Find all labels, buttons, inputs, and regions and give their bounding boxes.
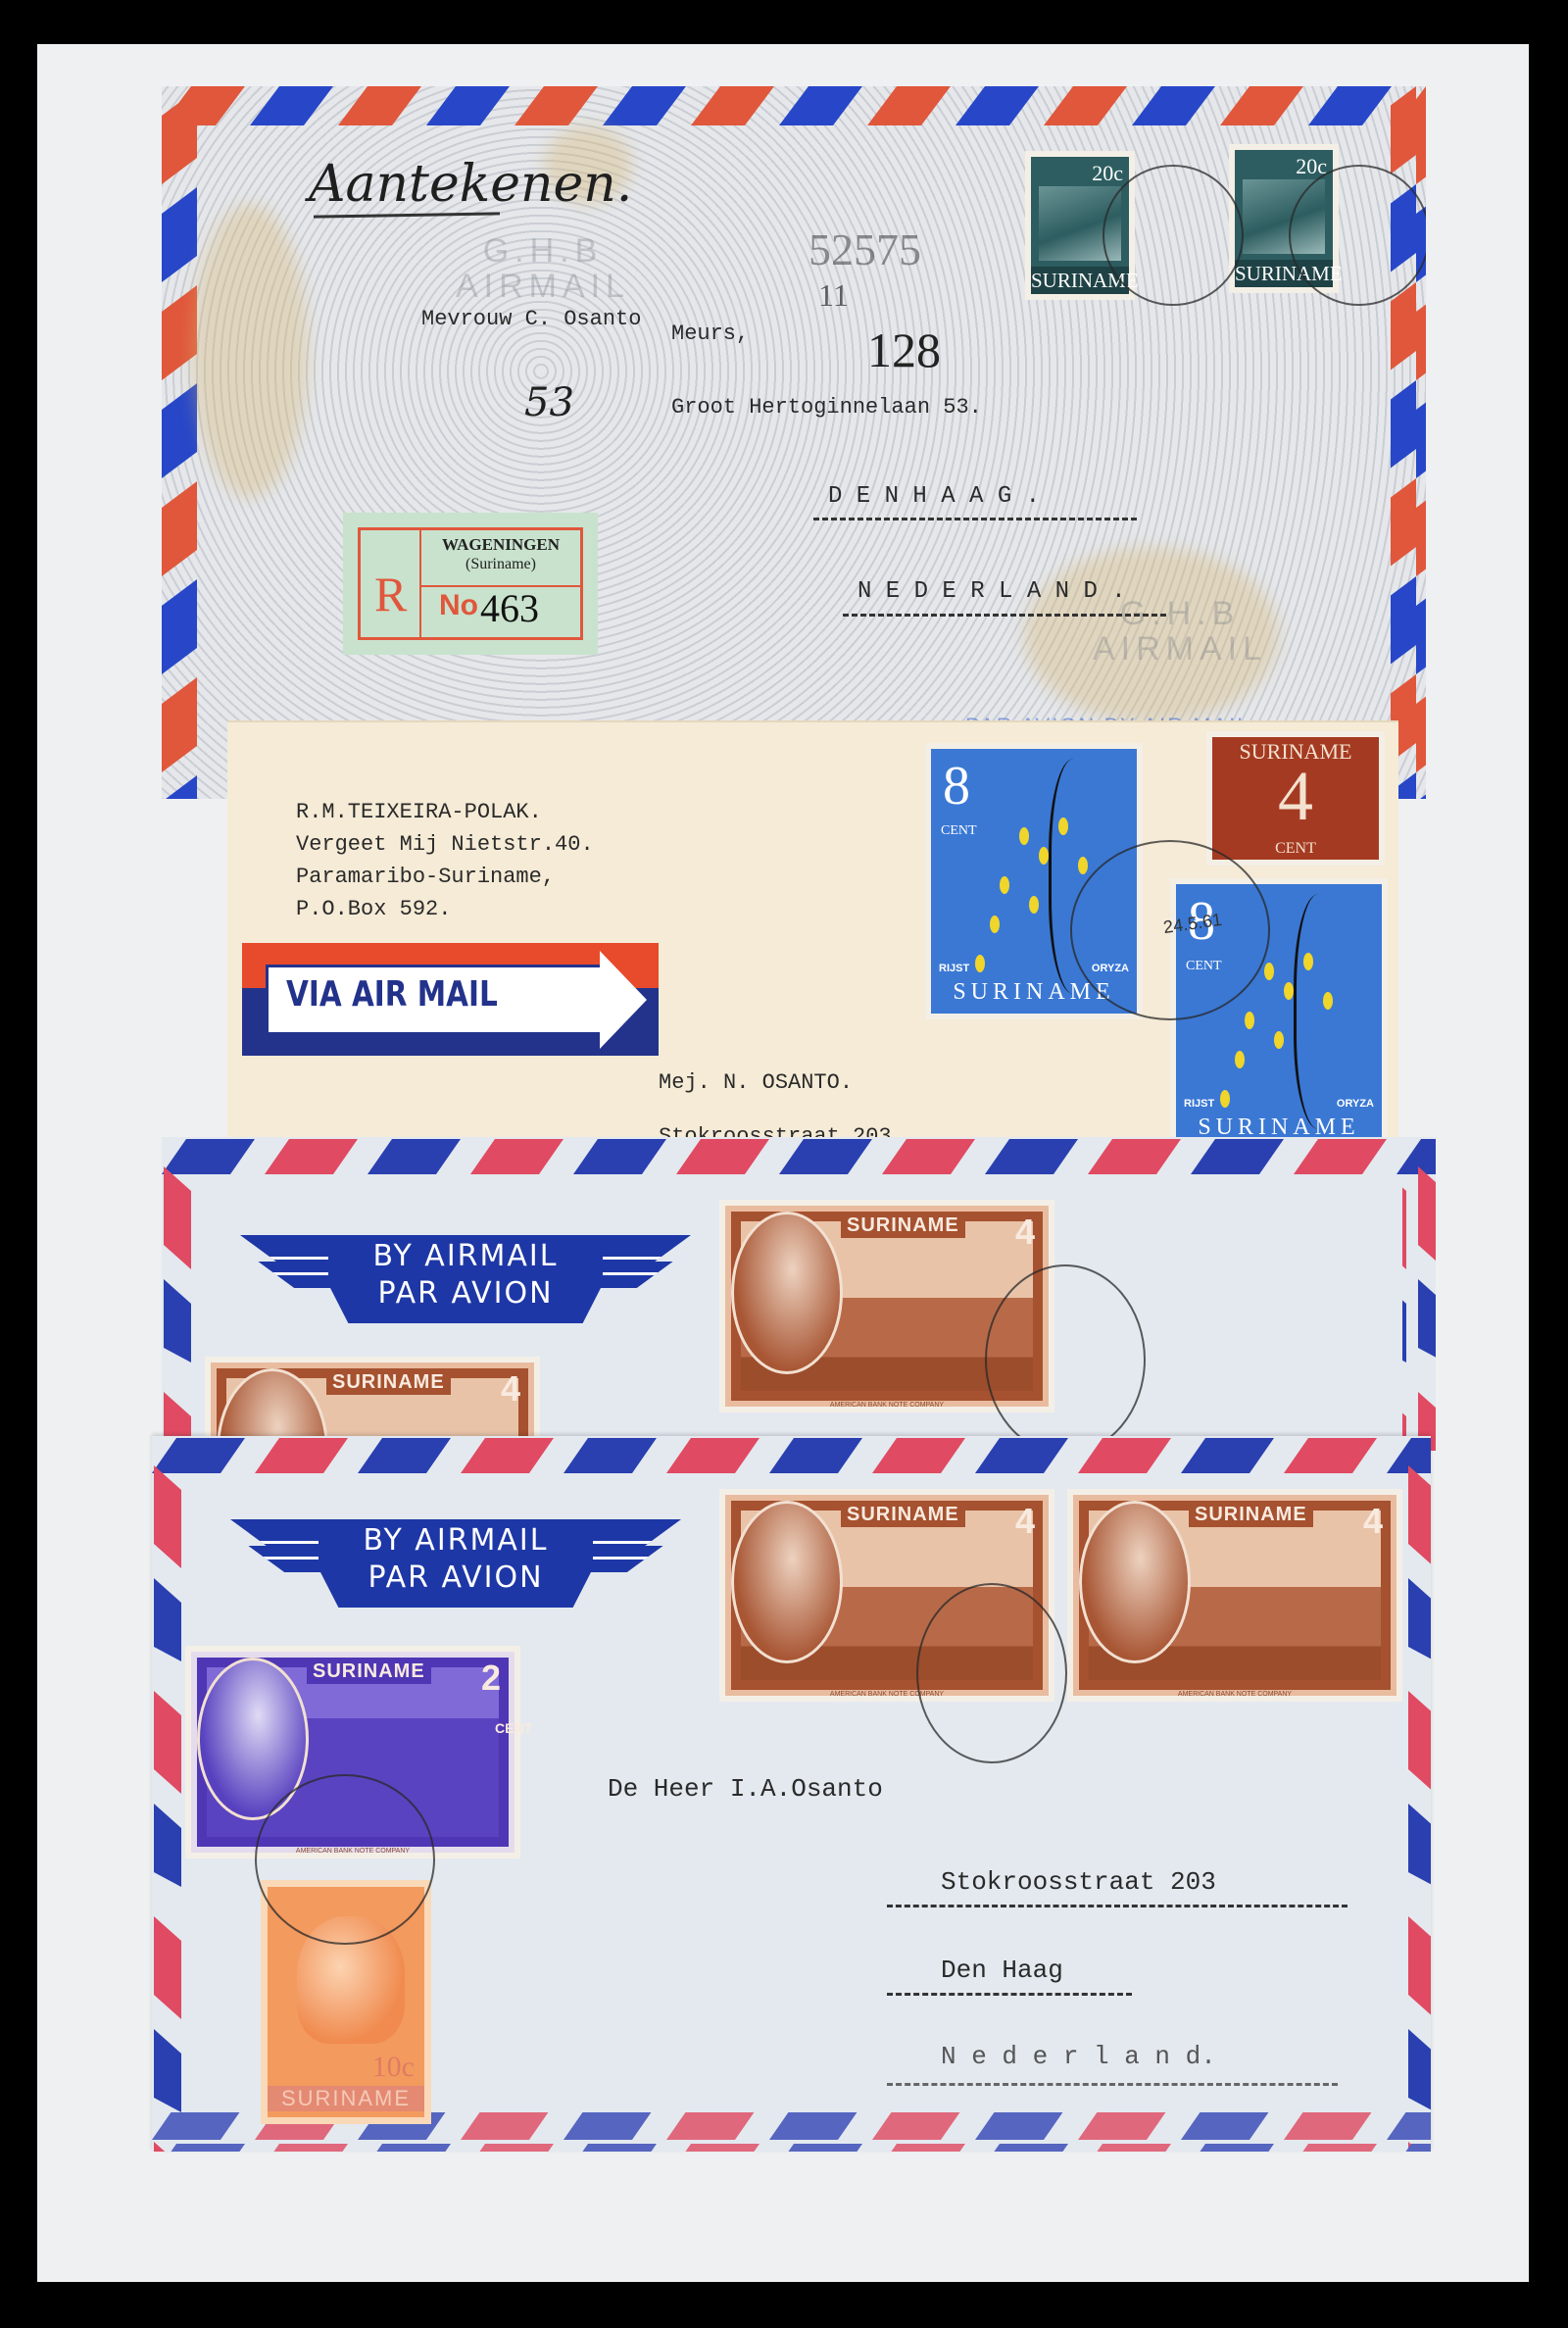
stamp-caption: ORYZA bbox=[1337, 1098, 1374, 1110]
stamp-country: SURINAME bbox=[841, 1214, 965, 1238]
postmark-paramaribo bbox=[985, 1264, 1146, 1451]
recipient-name: De Heer I.A.Osanto bbox=[608, 1774, 883, 1804]
by-airmail-text: BY AIRMAIL bbox=[230, 1523, 681, 1558]
dashed-underline bbox=[813, 518, 1137, 520]
stain bbox=[191, 204, 309, 498]
stamp-value: 4 bbox=[1015, 1212, 1035, 1253]
recipient-name: Mevrouw C. Osanto bbox=[421, 307, 641, 331]
watermark-ghb: G.H.BAIRMAIL bbox=[1093, 596, 1267, 667]
registration-letter: R bbox=[374, 566, 407, 622]
stamp-country: SURINAME bbox=[307, 1659, 431, 1684]
stamp-value: 4 bbox=[501, 1368, 520, 1410]
stamp-4c-numeral: SURINAME 4 CENT bbox=[1212, 737, 1379, 860]
stamp-country: SURINAME bbox=[268, 2086, 424, 2111]
sender-line: Vergeet Mij Nietstr.40. bbox=[296, 828, 594, 861]
divider bbox=[419, 530, 421, 637]
stamp-unit: CENT bbox=[941, 823, 977, 839]
sender-line: P.O.Box 592. bbox=[296, 893, 594, 925]
watermark-ghb: G.H.BAIRMAIL bbox=[456, 233, 630, 304]
stamp-caption: RIJST bbox=[939, 963, 969, 974]
recipient-street: Stokroosstraat 203 bbox=[941, 1867, 1216, 1897]
stamp-country: SURINAME bbox=[1189, 1503, 1313, 1527]
stamp-printer: AMERICAN BANK NOTE COMPANY bbox=[1073, 1691, 1396, 1698]
stamp-unit: CENT bbox=[1212, 840, 1379, 858]
arrow-tip bbox=[600, 951, 647, 1049]
postmark bbox=[1102, 165, 1244, 306]
stamp-country: SURINAME bbox=[841, 1503, 965, 1527]
stamp-4c-wilhelmina: SURINAME 4 AMERICAN BANK NOTE COMPANY bbox=[1073, 1495, 1396, 1696]
airmail-cover-by-airmail: BY AIRMAIL PAR AVION SURINAME 4 AMERICAN… bbox=[152, 1436, 1431, 2152]
stamp-value: 4 bbox=[1363, 1501, 1383, 1542]
registration-country: (Suriname) bbox=[425, 556, 576, 573]
registration-mark-number: 128 bbox=[867, 322, 941, 378]
country-line: N E D E R L A N D . bbox=[857, 578, 1126, 605]
recipient-name: Mej. N. OSANTO. bbox=[659, 1070, 853, 1095]
dashed-underline bbox=[843, 614, 1166, 617]
stamp-value: 8 bbox=[943, 755, 970, 817]
postmark-paramaribo bbox=[916, 1583, 1067, 1763]
stamp-value: 4 bbox=[1015, 1501, 1035, 1542]
stamp-value: 4 bbox=[1212, 757, 1379, 835]
stamp-value: 20c bbox=[1092, 161, 1123, 186]
sender-line: R.M.TEIXEIRA-POLAK. bbox=[296, 796, 594, 828]
registration-label: R WAGENINGEN (Suriname) No 463 bbox=[348, 518, 593, 650]
recipient-name-2: Meurs, bbox=[671, 322, 749, 346]
dashed-underline bbox=[887, 2083, 1338, 2086]
airmail-cover-rice-stamps: R.M.TEIXEIRA-POLAK. Vergeet Mij Nietstr.… bbox=[227, 720, 1398, 1164]
registration-mark: 11 bbox=[818, 277, 849, 314]
stamp-value: 10c bbox=[372, 2051, 415, 2084]
stamp-unit: CENT bbox=[495, 1720, 511, 1737]
airmail-cover-by-airmail: BY AIRMAIL PAR AVION SURINAME 4 AMERICAN… bbox=[162, 1137, 1436, 1451]
dashed-underline bbox=[887, 1905, 1347, 1907]
stamp-image bbox=[1294, 894, 1355, 1129]
registration-office: WAGENINGEN bbox=[425, 535, 576, 555]
stamp-value: 2 bbox=[481, 1658, 501, 1699]
registration-number: 463 bbox=[480, 585, 539, 631]
sender-address: R.M.TEIXEIRA-POLAK. Vergeet Mij Nietstr.… bbox=[296, 796, 594, 925]
registration-label-frame: R WAGENINGEN (Suriname) No 463 bbox=[358, 527, 583, 640]
registration-no-prefix: No bbox=[439, 589, 478, 622]
registered-airmail-cover: G.H.BAIRMAIL G.H.BAIRMAIL Aantekenen. Me… bbox=[162, 86, 1426, 799]
dashed-underline bbox=[887, 1993, 1132, 1996]
recipient-city: Den Haag bbox=[941, 1956, 1063, 1985]
via-air-mail-label: VIA AIR MAIL bbox=[242, 943, 659, 1056]
recipient-country: N e d e r l a n d. bbox=[941, 2042, 1216, 2071]
portrait-oval bbox=[731, 1501, 843, 1663]
sender-line: Paramaribo-Suriname, bbox=[296, 861, 594, 893]
street-line: Groot Hertoginnelaan 53. bbox=[671, 395, 982, 420]
city-line: D E N H A A G . bbox=[828, 483, 1040, 510]
stamp-country: SURINAME bbox=[326, 1370, 451, 1395]
handwritten-number: 53 bbox=[524, 380, 574, 425]
stamp-caption: RIJST bbox=[1184, 1098, 1214, 1110]
handwritten-note: Aantekenen. bbox=[309, 155, 632, 214]
portrait-oval bbox=[731, 1212, 843, 1374]
registration-number-stamp: 52575 bbox=[808, 223, 921, 275]
postmark-paramaribo bbox=[255, 1774, 435, 1945]
via-air-mail-text: VIA AIR MAIL bbox=[286, 974, 498, 1015]
by-airmail-text: BY AIRMAIL bbox=[240, 1239, 691, 1273]
portrait-oval bbox=[1079, 1501, 1191, 1663]
postmark bbox=[1289, 165, 1426, 306]
